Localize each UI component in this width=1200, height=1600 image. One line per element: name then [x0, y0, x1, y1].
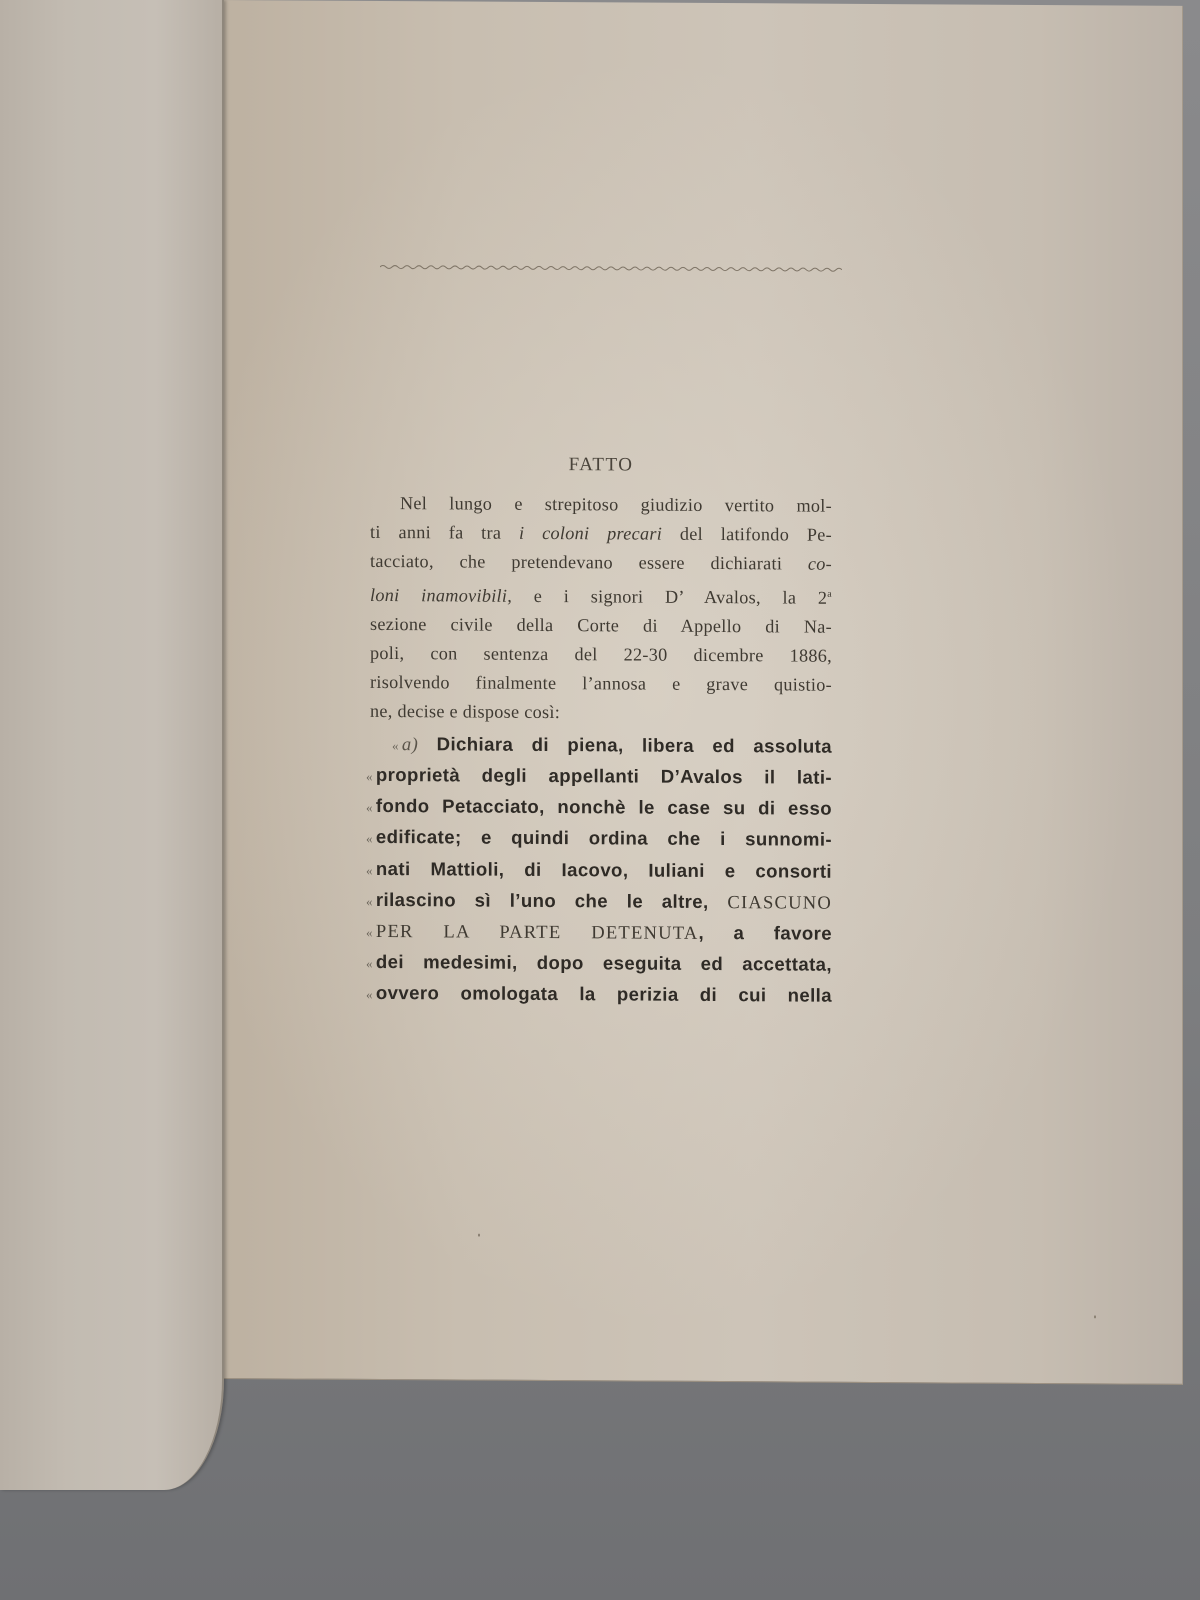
text-line: poli, con sentenza del 22-30 dicembre 18… [370, 639, 832, 671]
guillemet: « [366, 831, 373, 846]
body-paragraph: Nel lungo e strepitoso giudizio vertito … [370, 489, 832, 730]
guillemet: « [366, 769, 373, 784]
quote-line: «proprietà degli appellanti D’Avalos il … [366, 760, 832, 794]
quote-line: «PER LA PARTE DETENUTA, a favore [366, 916, 832, 950]
quote-line: «nati Mattioli, di Iacovo, Iuliani e con… [366, 853, 832, 887]
quote-line: «ovvero omologata la perizia di cui nell… [366, 978, 832, 1012]
paper-speck [478, 1234, 480, 1237]
guillemet: « [392, 738, 399, 753]
quoted-decision: «a) Dichiara di piena, libera ed assolut… [366, 729, 832, 1013]
guillemet: « [366, 862, 373, 877]
quote-line: «dei medesimi, dopo eseguita ed accettat… [366, 947, 832, 981]
small-caps-emphasis: PER LA PARTE DETENUTA [376, 921, 699, 944]
guillemet: « [366, 987, 373, 1002]
paper-speck [1094, 1315, 1096, 1318]
quote-line: «a) Dichiara di piena, libera ed assolut… [366, 729, 832, 763]
facing-page-curled [0, 0, 224, 1490]
guillemet: « [366, 956, 373, 971]
emphasis-coloni-precari: i coloni precari [519, 523, 662, 544]
text-line: Nel lungo e strepitoso giudizio vertito … [370, 489, 832, 521]
page-content: FATTO Nel lungo e strepitoso giudizio ve… [370, 453, 832, 1012]
guillemet: « [366, 894, 373, 909]
quote-line: «edificate; e quindi ordina che i sunnom… [366, 822, 832, 856]
guillemet: « [366, 800, 373, 815]
text-line: ne, decise e dispose così: [370, 697, 832, 729]
emphasis-coloni-inamovibili: loni inamovibili, [370, 585, 512, 606]
text-line: tacciato, che pretendevano essere dichia… [370, 547, 832, 579]
quote-line: «fondo Petacciato, nonchè le case su di … [366, 791, 832, 825]
text-line: sezione civile della Corte di Appello di… [370, 610, 832, 642]
text-line: risolvendo finalmente l’annosa e grave q… [370, 668, 832, 700]
text-line: ti anni fa tra i coloni precari del lati… [370, 518, 832, 550]
wavy-rule-ornament [380, 263, 842, 274]
document-page: FATTO Nel lungo e strepitoso giudizio ve… [222, 0, 1183, 1385]
small-caps-emphasis: CIASCUNO [727, 892, 832, 914]
item-marker: a) [402, 734, 418, 755]
section-heading: FATTO [370, 453, 832, 480]
guillemet: « [366, 925, 373, 940]
text-line: loni inamovibili, e i signori D’ Avalos,… [370, 577, 832, 613]
superscript-ordinal: a [827, 588, 832, 599]
quote-line: «rilascino sì l’uno che le altre, CIASCU… [366, 885, 832, 919]
